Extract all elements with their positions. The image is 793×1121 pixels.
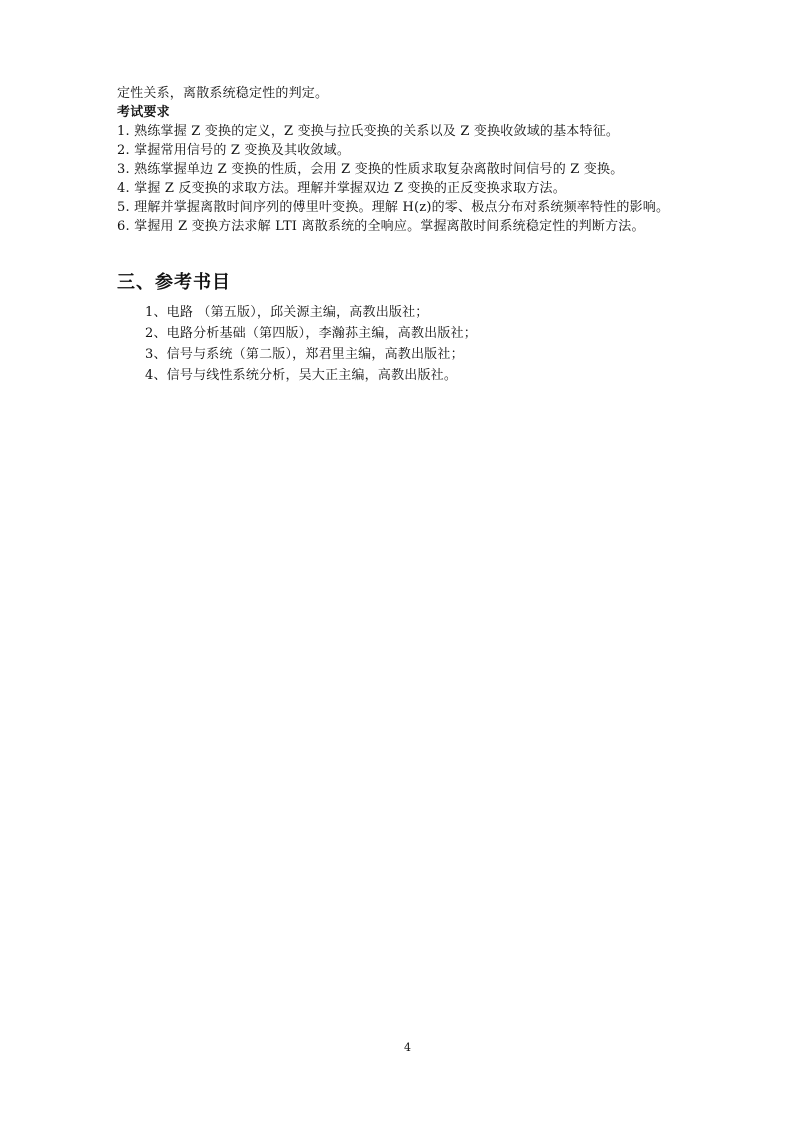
intro-line: 定性关系，离散系统稳定性的判定。 bbox=[117, 86, 328, 102]
page-number: 4 bbox=[404, 1041, 411, 1055]
reference-item: 4、信号与线性系统分析，吴大正主编，高教出版社。 bbox=[145, 368, 457, 384]
reference-item: 3、信号与系统（第二版），郑君里主编，高教出版社； bbox=[145, 347, 464, 363]
requirement-item: 6. 掌握用 Z 变换方法求解 LTI 离散系统的全响应。掌握离散时间系统稳定性… bbox=[117, 219, 645, 235]
requirement-item: 1. 熟练掌握 Z 变换的定义，Z 变换与拉氏变换的关系以及 Z 变换收敛域的基… bbox=[117, 124, 619, 140]
requirement-item: 4. 掌握 Z 反变换的求取方法。理解并掌握双边 Z 变换的正反变换求取方法。 bbox=[117, 181, 566, 197]
requirement-item: 2. 掌握常用信号的 Z 变换及其收敛域。 bbox=[117, 143, 350, 159]
requirement-item: 5. 理解并掌握离散时间序列的傅里叶变换。理解 H(z)的零、极点分布对系统频率… bbox=[117, 200, 669, 216]
document-page: 定性关系，离散系统稳定性的判定。 考试要求 1. 熟练掌握 Z 变换的定义，Z … bbox=[0, 0, 793, 1121]
reference-item: 1、电路 （第五版），邱关源主编，高教出版社； bbox=[145, 305, 429, 321]
exam-requirements-heading: 考试要求 bbox=[117, 105, 170, 121]
requirement-item: 3. 熟练掌握单边 Z 变换的性质，会用 Z 变换的性质求取复杂离散时间信号的 … bbox=[117, 162, 623, 178]
section-title-references: 三、参考书目 bbox=[117, 272, 231, 294]
reference-item: 2、电路分析基础（第四版），李瀚荪主编，高教出版社； bbox=[145, 326, 477, 342]
